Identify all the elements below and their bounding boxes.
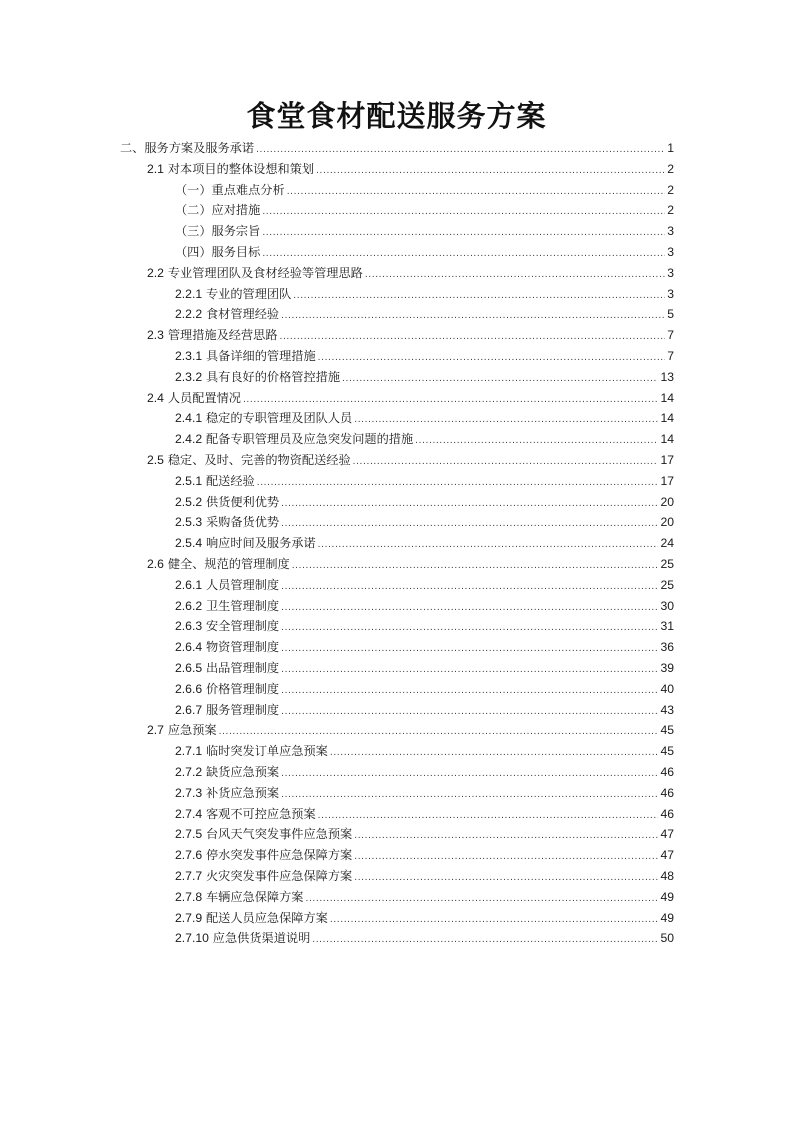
toc-entry[interactable]: （四）服务目标3 — [175, 242, 674, 262]
toc-entry-label: 2.7.6 停水突发事件应急保障方案 — [175, 845, 354, 865]
toc-entry-number: 2.5.2 — [175, 495, 202, 509]
dot-leader — [318, 348, 666, 368]
dot-leader — [354, 847, 658, 867]
toc-page-number: 46 — [658, 762, 674, 782]
toc-entry-text: （二）应对措施 — [175, 203, 260, 217]
toc-entry-label: 2.6.7 服务管理制度 — [175, 700, 281, 720]
toc-page-number: 5 — [665, 304, 674, 324]
toc-entry[interactable]: 2.3.1 具备详细的管理措施7 — [175, 346, 674, 366]
toc-entry-text: 响应时间及服务承诺 — [206, 536, 316, 550]
dot-leader — [243, 390, 658, 410]
toc-entry-text: 具有良好的价格管控措施 — [206, 370, 340, 384]
toc-entry-label: 2.7.1 临时突发订单应急预案 — [175, 741, 330, 761]
toc-entry-label: 2.5.3 采购备货优势 — [175, 512, 281, 532]
toc-entry-number: 2.6.3 — [175, 619, 202, 633]
toc-entry[interactable]: 2.7.8 车辆应急保障方案49 — [175, 887, 674, 907]
toc-entry-label: 2.6.1 人员管理制度 — [175, 575, 281, 595]
dot-leader — [353, 452, 659, 472]
toc-page-number: 1 — [665, 138, 674, 158]
toc-entry-label: 2.5.1 配送经验 — [175, 471, 257, 491]
toc-entry[interactable]: 2.2 专业管理团队及食材经验等管理思路3 — [147, 263, 674, 283]
toc-entry-text: 缺货应急预案 — [206, 765, 279, 779]
toc-entry[interactable]: 2.1 对本项目的整体设想和策划2 — [147, 159, 674, 179]
toc-entry-text: 补货应急预案 — [206, 786, 279, 800]
toc-entry[interactable]: 二、服务方案及服务承诺1 — [120, 138, 674, 158]
toc-entry[interactable]: 2.6.7 服务管理制度43 — [175, 700, 674, 720]
toc-entry-label: （二）应对措施 — [175, 200, 262, 220]
toc-entry[interactable]: 2.7.2 缺货应急预案46 — [175, 762, 674, 782]
dot-leader — [312, 930, 658, 950]
toc-entry-text: 供货便利优势 — [206, 495, 279, 509]
toc-entry-text: 火灾突发事件应急保障方案 — [206, 869, 352, 883]
dot-leader — [281, 514, 658, 534]
toc-entry[interactable]: 2.7 应急预案45 — [147, 720, 674, 740]
toc-page-number: 3 — [665, 221, 674, 241]
toc-page-number: 3 — [665, 242, 674, 262]
toc-page-number: 2 — [665, 159, 674, 179]
toc-entry-text: 应急供货渠道说明 — [213, 931, 311, 945]
toc-entry-text: 专业的管理团队 — [206, 287, 291, 301]
toc-entry-number: 2.7.9 — [175, 911, 202, 925]
toc-page-number: 43 — [658, 700, 674, 720]
toc-entry-label: 2.2 专业管理团队及食材经验等管理思路 — [147, 263, 365, 283]
toc-page-number: 46 — [658, 804, 674, 824]
toc-entry-text: （一）重点难点分析 — [175, 183, 285, 197]
toc-entry-number: 2.6.4 — [175, 640, 202, 654]
toc-entry[interactable]: （二）应对措施2 — [175, 200, 674, 220]
toc-entry-label: 2.7.8 车辆应急保障方案 — [175, 887, 305, 907]
toc-entry-label: 2.4.2 配备专职管理员及应急突发问题的措施 — [175, 429, 415, 449]
toc-entry-number: 2.7 — [147, 723, 164, 737]
dot-leader — [281, 681, 658, 701]
toc-entry-number: 2.5.1 — [175, 474, 202, 488]
toc-entry-text: 停水突发事件应急保障方案 — [206, 848, 352, 862]
toc-entry-text: 台风天气突发事件应急预案 — [206, 827, 352, 841]
toc-entry-number: 2.7.3 — [175, 786, 202, 800]
toc-entry-label: （三）服务宗旨 — [175, 221, 262, 241]
dot-leader — [292, 556, 659, 576]
dot-leader — [280, 327, 666, 347]
toc-entry-label: 2.3 管理措施及经营思路 — [147, 325, 280, 345]
toc-entry-label: 2.2.1 专业的管理团队 — [175, 284, 293, 304]
toc-entry[interactable]: 2.3.2 具有良好的价格管控措施13 — [175, 367, 674, 387]
toc-entry-label: 2.1 对本项目的整体设想和策划 — [147, 159, 316, 179]
toc-page-number: 48 — [658, 866, 674, 886]
dot-leader — [281, 764, 658, 784]
toc-entry[interactable]: 2.6.2 卫生管理制度30 — [175, 596, 674, 616]
toc-entry-number: 2.5.3 — [175, 515, 202, 529]
toc-page-number: 14 — [658, 408, 674, 428]
toc-entry-text: 管理措施及经营思路 — [168, 328, 278, 342]
toc-entry-text: 稳定的专职管理及团队人员 — [206, 411, 352, 425]
toc-entry-text: 配送人员应急保障方案 — [206, 911, 328, 925]
toc-entry-text: 健全、规范的管理制度 — [168, 557, 290, 571]
document-title: 食堂食材配送服务方案 — [0, 96, 793, 136]
toc-entry-number: 2.3.1 — [175, 349, 202, 363]
toc-entry-label: 2.7.10 应急供货渠道说明 — [175, 928, 312, 948]
toc-entry-number: 2.3.2 — [175, 370, 202, 384]
toc-entry[interactable]: 2.6.1 人员管理制度25 — [175, 575, 674, 595]
dot-leader — [281, 306, 665, 326]
toc-page-number: 31 — [658, 616, 674, 636]
toc-entry-label: 2.7.2 缺货应急预案 — [175, 762, 281, 782]
toc-entry[interactable]: 2.3 管理措施及经营思路7 — [147, 325, 674, 345]
toc-entry-label: 2.3.2 具有良好的价格管控措施 — [175, 367, 342, 387]
toc-entry-number: 2.6.2 — [175, 599, 202, 613]
toc-entry[interactable]: 2.7.9 配送人员应急保障方案49 — [175, 908, 674, 928]
toc-entry[interactable]: 2.6.6 价格管理制度40 — [175, 679, 674, 699]
dot-leader — [415, 431, 658, 451]
toc-entry-text: 客观不可控应急预案 — [206, 807, 316, 821]
toc-page-number: 30 — [658, 596, 674, 616]
toc-entry-label: 2.6.5 出品管理制度 — [175, 658, 281, 678]
toc-entry-text: 出品管理制度 — [206, 661, 279, 675]
dot-leader — [330, 910, 659, 930]
toc-entry-number: 2.6 — [147, 557, 164, 571]
toc-entry[interactable]: （三）服务宗旨3 — [175, 221, 674, 241]
toc-entry-text: 人员管理制度 — [206, 578, 279, 592]
toc-page-number: 14 — [658, 429, 674, 449]
toc-entry-number: 2.5.4 — [175, 536, 202, 550]
toc-entry-label: 2.7.5 台风天气突发事件应急预案 — [175, 824, 354, 844]
toc-page-number: 7 — [665, 346, 674, 366]
toc-entry-text: （四）服务目标 — [175, 245, 260, 259]
toc-entry-text: 应急预案 — [168, 723, 217, 737]
toc-page-number: 7 — [665, 325, 674, 345]
toc-entry-label: 2.7.4 客观不可控应急预案 — [175, 804, 318, 824]
toc-entry[interactable]: 2.4.1 稳定的专职管理及团队人员14 — [175, 408, 674, 428]
dot-leader — [330, 743, 659, 763]
toc-entry-text: 价格管理制度 — [206, 682, 279, 696]
toc-entry-number: 2.4.1 — [175, 411, 202, 425]
dot-leader — [281, 618, 658, 638]
toc-page-number: 50 — [658, 928, 674, 948]
toc-entry-number: 2.1 — [147, 162, 164, 176]
dot-leader — [281, 785, 658, 805]
toc-entry-text: 配备专职管理员及应急突发问题的措施 — [206, 432, 413, 446]
toc-entry-label: 2.2.2 食材管理经验 — [175, 304, 281, 324]
toc-page-number: 36 — [658, 637, 674, 657]
toc-page-number: 17 — [658, 450, 674, 470]
toc-entry-number: 2.7.1 — [175, 744, 202, 758]
toc-entry-text: 对本项目的整体设想和策划 — [168, 162, 314, 176]
toc-entry-number: 2.7.5 — [175, 827, 202, 841]
toc-entry-text: 配送经验 — [206, 474, 255, 488]
toc-entry-label: 2.5.4 响应时间及服务承诺 — [175, 533, 318, 553]
toc-page-number: 40 — [658, 679, 674, 699]
dot-leader — [281, 639, 658, 659]
toc-entry-label: 2.4 人员配置情况 — [147, 388, 243, 408]
toc-page-number: 13 — [658, 367, 674, 387]
dot-leader — [262, 202, 665, 222]
toc-entry-text: 服务管理制度 — [206, 703, 279, 717]
toc-entry-label: 2.6.2 卫生管理制度 — [175, 596, 281, 616]
toc-page-number: 49 — [658, 887, 674, 907]
toc-entry-text: 采购备货优势 — [206, 515, 279, 529]
toc-page-number: 20 — [658, 492, 674, 512]
toc-page-number: 45 — [658, 741, 674, 761]
toc-entry-text: 二、服务方案及服务承诺 — [120, 141, 254, 155]
toc-entry[interactable]: 2.7.7 火灾突发事件应急保障方案48 — [175, 866, 674, 886]
toc-entry-text: （三）服务宗旨 — [175, 224, 260, 238]
toc-entry-number: 2.7.6 — [175, 848, 202, 862]
toc-entry-label: （四）服务目标 — [175, 242, 262, 262]
toc-entry-text: 食材管理经验 — [206, 307, 279, 321]
toc-entry-label: 二、服务方案及服务承诺 — [120, 138, 256, 158]
dot-leader — [219, 722, 659, 742]
toc-entry-number: 2.2.2 — [175, 307, 202, 321]
toc-entry-label: 2.7 应急预案 — [147, 720, 219, 740]
dot-leader — [281, 660, 658, 680]
dot-leader — [281, 702, 658, 722]
dot-leader — [365, 265, 665, 285]
toc-entry-number: 2.4 — [147, 391, 164, 405]
toc-page-number: 25 — [658, 575, 674, 595]
dot-leader — [354, 410, 658, 430]
toc-entry[interactable]: 2.7.1 临时突发订单应急预案45 — [175, 741, 674, 761]
toc-entry-label: 2.5 稳定、及时、完善的物资配送经验 — [147, 450, 353, 470]
toc-entry-label: 2.4.1 稳定的专职管理及团队人员 — [175, 408, 354, 428]
dot-leader — [281, 598, 658, 618]
toc-entry[interactable]: 2.6 健全、规范的管理制度25 — [147, 554, 674, 574]
toc-entry[interactable]: （一）重点难点分析2 — [175, 180, 674, 200]
toc-entry-number: 2.6.7 — [175, 703, 202, 717]
toc-entry-number: 2.7.4 — [175, 807, 202, 821]
toc-entry[interactable]: 2.4.2 配备专职管理员及应急突发问题的措施14 — [175, 429, 674, 449]
toc-entry-label: 2.3.1 具备详细的管理措施 — [175, 346, 318, 366]
toc-entry-number: 2.2 — [147, 266, 164, 280]
dot-leader — [318, 535, 659, 555]
dot-leader — [354, 868, 658, 888]
toc-entry[interactable]: 2.5.3 采购备货优势20 — [175, 512, 674, 532]
toc-page-number: 3 — [665, 263, 674, 283]
toc-page-number: 3 — [665, 284, 674, 304]
toc-entry-number: 2.5 — [147, 453, 164, 467]
toc-page-number: 24 — [658, 533, 674, 553]
toc-entry-text: 卫生管理制度 — [206, 599, 279, 613]
toc-page-number: 46 — [658, 783, 674, 803]
toc-page-number: 47 — [658, 824, 674, 844]
toc-entry[interactable]: 2.7.10 应急供货渠道说明50 — [175, 928, 674, 948]
dot-leader — [318, 806, 659, 826]
toc-entry-number: 2.7.8 — [175, 890, 202, 904]
toc-entry-label: 2.7.3 补货应急预案 — [175, 783, 281, 803]
toc-entry-label: 2.7.7 火灾突发事件应急保障方案 — [175, 866, 354, 886]
toc-entry-label: 2.6.4 物资管理制度 — [175, 637, 281, 657]
toc-entry-label: 2.6.3 安全管理制度 — [175, 616, 281, 636]
toc-entry-text: 车辆应急保障方案 — [206, 890, 304, 904]
toc-entry[interactable]: 2.5.2 供货便利优势20 — [175, 492, 674, 512]
toc-entry[interactable]: 2.5.4 响应时间及服务承诺24 — [175, 533, 674, 553]
toc-page-number: 49 — [658, 908, 674, 928]
toc-page-number: 14 — [658, 388, 674, 408]
dot-leader — [342, 369, 658, 389]
toc-entry[interactable]: 2.2.2 食材管理经验5 — [175, 304, 674, 324]
toc-entry[interactable]: 2.7.3 补货应急预案46 — [175, 783, 674, 803]
dot-leader — [316, 161, 665, 181]
toc-entry-text: 物资管理制度 — [206, 640, 279, 654]
toc-entry[interactable]: 2.6.5 出品管理制度39 — [175, 658, 674, 678]
toc-entry-number: 2.2.1 — [175, 287, 202, 301]
dot-leader — [281, 577, 658, 597]
toc-entry-number: 2.3 — [147, 328, 164, 342]
toc-entry[interactable]: 2.2.1 专业的管理团队3 — [175, 284, 674, 304]
toc-entry-number: 2.4.2 — [175, 432, 202, 446]
toc-page-number: 2 — [665, 200, 674, 220]
toc-entry-text: 专业管理团队及食材经验等管理思路 — [168, 266, 363, 280]
toc-entry-label: 2.6 健全、规范的管理制度 — [147, 554, 292, 574]
toc-page-number: 25 — [658, 554, 674, 574]
toc-page-number: 45 — [658, 720, 674, 740]
toc-entry[interactable]: 2.5 稳定、及时、完善的物资配送经验17 — [147, 450, 674, 470]
toc-entry[interactable]: 2.7.6 停水突发事件应急保障方案47 — [175, 845, 674, 865]
toc-entry-text: 稳定、及时、完善的物资配送经验 — [168, 453, 351, 467]
dot-leader — [256, 140, 665, 160]
toc-entry-label: 2.7.9 配送人员应急保障方案 — [175, 908, 330, 928]
toc-entry[interactable]: 2.7.5 台风天气突发事件应急预案47 — [175, 824, 674, 844]
dot-leader — [262, 244, 665, 264]
toc-entry-label: （一）重点难点分析 — [175, 180, 287, 200]
toc-entry-text: 人员配置情况 — [168, 391, 241, 405]
dot-leader — [257, 473, 659, 493]
dot-leader — [354, 826, 658, 846]
toc-entry-number: 2.6.5 — [175, 661, 202, 675]
toc-entry-label: 2.6.6 价格管理制度 — [175, 679, 281, 699]
toc-page-number: 47 — [658, 845, 674, 865]
toc-entry[interactable]: 2.4 人员配置情况14 — [147, 388, 674, 408]
toc-page-number: 20 — [658, 512, 674, 532]
toc-entry-text: 临时突发订单应急预案 — [206, 744, 328, 758]
toc-entry[interactable]: 2.7.4 客观不可控应急预案46 — [175, 804, 674, 824]
toc-entry-text: 具备详细的管理措施 — [206, 349, 316, 363]
dot-leader — [281, 494, 658, 514]
dot-leader — [287, 182, 666, 202]
toc-entry[interactable]: 2.6.4 物资管理制度36 — [175, 637, 674, 657]
toc-entry-number: 2.6.1 — [175, 578, 202, 592]
toc-entry-number: 2.6.6 — [175, 682, 202, 696]
dot-leader — [293, 286, 665, 306]
toc-entry-number: 2.7.7 — [175, 869, 202, 883]
dot-leader — [262, 223, 665, 243]
dot-leader — [305, 889, 658, 909]
toc-page-number: 17 — [658, 471, 674, 491]
toc-entry[interactable]: 2.6.3 安全管理制度31 — [175, 616, 674, 636]
toc-entry[interactable]: 2.5.1 配送经验17 — [175, 471, 674, 491]
toc-page-number: 39 — [658, 658, 674, 678]
toc-entry-text: 安全管理制度 — [206, 619, 279, 633]
toc-page-number: 2 — [665, 180, 674, 200]
toc-entry-number: 2.7.10 — [175, 931, 209, 945]
toc-entry-number: 2.7.2 — [175, 765, 202, 779]
toc-entry-label: 2.5.2 供货便利优势 — [175, 492, 281, 512]
